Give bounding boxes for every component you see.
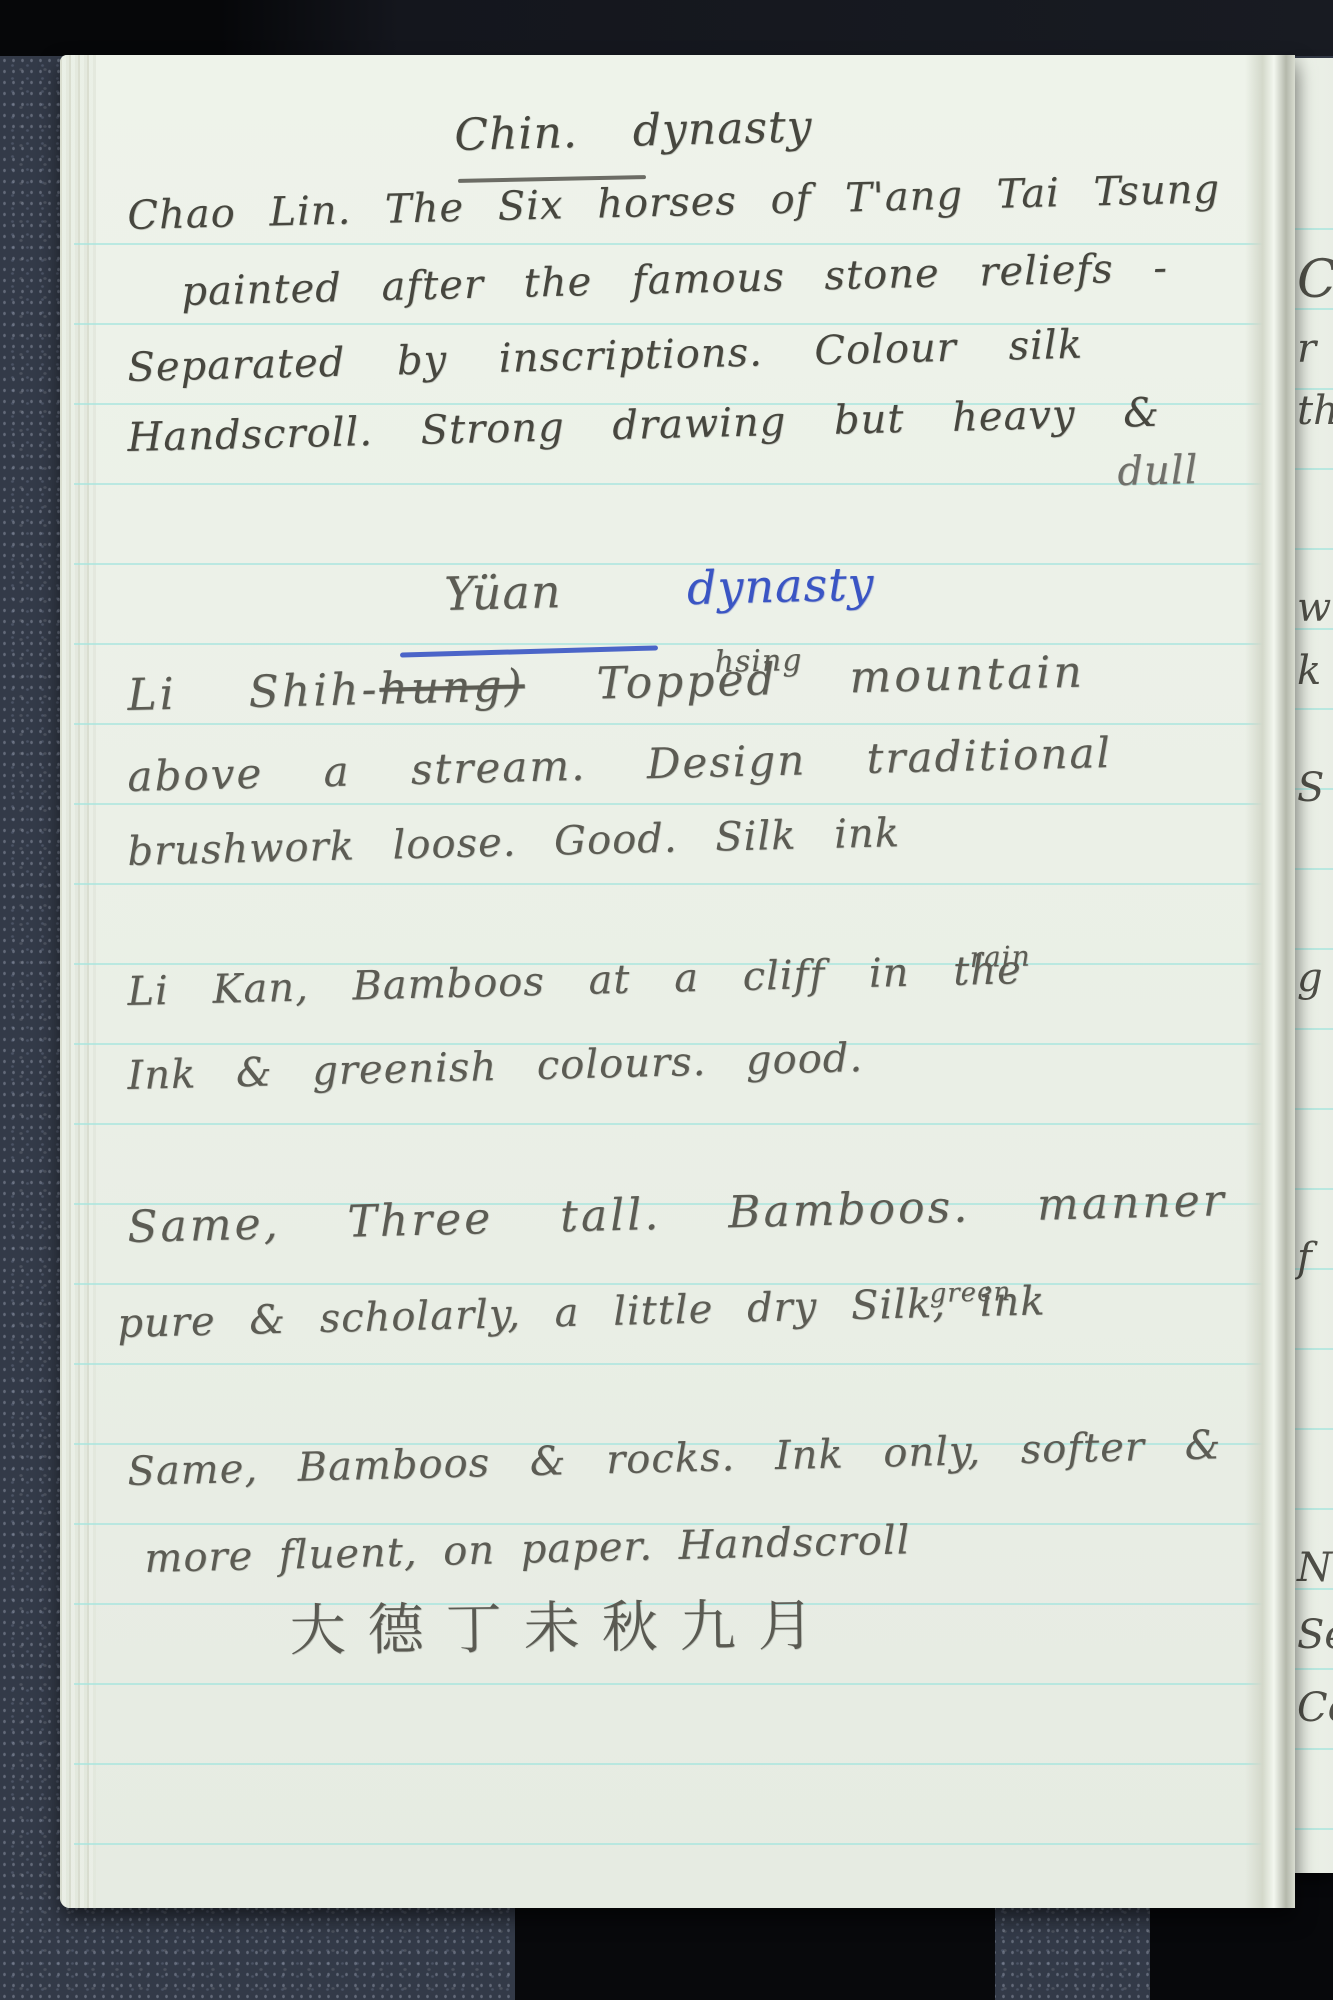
ruled-line bbox=[74, 1123, 1295, 1125]
right-page: C r th w k S g f N Se Co bbox=[1293, 58, 1333, 1873]
ruled-line bbox=[1293, 868, 1333, 870]
li-shih-pre: Li Shih- bbox=[127, 664, 380, 721]
handwritten-line: Ink & greenish colours. good. bbox=[127, 1037, 864, 1097]
ruled-line bbox=[1293, 1748, 1333, 1750]
li-shih-post: Topped mountain bbox=[524, 647, 1085, 712]
backdrop-top-shadow bbox=[0, 0, 1333, 56]
handwritten-line: brushwork loose. Good. Silk ink bbox=[127, 812, 900, 873]
title-underlined-word: Chin. bbox=[454, 107, 579, 161]
ruled-line bbox=[1293, 1508, 1333, 1510]
handwritten-line: Chao Lin. The Six horses of T'ang Tai Ts… bbox=[127, 168, 1221, 237]
ruled-line bbox=[1293, 948, 1333, 950]
ruled-line bbox=[74, 243, 1295, 245]
ruled-line bbox=[1293, 1428, 1333, 1430]
ruled-line bbox=[1293, 548, 1333, 550]
ruled-line bbox=[1293, 1348, 1333, 1350]
ruled-line bbox=[74, 883, 1295, 885]
ruled-line bbox=[1293, 228, 1333, 230]
ruled-line bbox=[74, 1283, 1295, 1285]
ruled-line bbox=[74, 643, 1295, 645]
ruled-line bbox=[74, 1763, 1295, 1765]
yuan-pencil-word: Yüan bbox=[444, 564, 562, 621]
chinese-date-line: 大德丁未秋九月 bbox=[289, 1597, 836, 1662]
left-page: Chin. dynasty Chao Lin. The Six horses o… bbox=[60, 55, 1295, 1908]
ruled-line bbox=[1293, 1028, 1333, 1030]
handwriting-fragment: r bbox=[1297, 326, 1316, 372]
page-stack-edge bbox=[60, 55, 96, 1908]
ruled-line bbox=[1293, 1108, 1333, 1110]
handwritten-line: Handscroll. Strong drawing but heavy & bbox=[127, 392, 1160, 459]
handwriting-fragment: Se bbox=[1297, 1612, 1333, 1658]
ruled-line bbox=[1293, 1828, 1333, 1830]
ruled-line bbox=[74, 323, 1295, 325]
handwritten-line: more fluent, on paper. Handscroll bbox=[144, 1519, 911, 1580]
handwriting-fragment: f bbox=[1297, 1235, 1312, 1281]
page-gutter-edge bbox=[1245, 55, 1295, 1908]
li-shih-struck-word: hung) bbox=[379, 660, 526, 715]
handwritten-line: above a stream. Design traditional bbox=[127, 731, 1112, 799]
handwriting-fragment: w bbox=[1297, 585, 1331, 631]
handwriting-fragment: S bbox=[1297, 765, 1324, 811]
section-title-chin-dynasty: Chin. dynasty bbox=[454, 104, 813, 159]
ruled-line bbox=[1293, 1668, 1333, 1670]
ruled-line bbox=[74, 483, 1295, 485]
handwritten-line: Li Shih-hung) Topped mountain bbox=[127, 650, 1085, 720]
ruled-line bbox=[1293, 468, 1333, 470]
yuan-blue-word: dynasty bbox=[686, 557, 875, 616]
ruled-line bbox=[74, 723, 1295, 725]
ruled-line bbox=[1293, 708, 1333, 710]
handwritten-line: painted after the famous stone reliefs - bbox=[181, 247, 1168, 313]
blue-underline bbox=[400, 645, 658, 657]
handwritten-line: Same, Three tall. Bamboos. manner bbox=[127, 1178, 1227, 1251]
handwriting-fragment: C bbox=[1297, 250, 1333, 310]
handwriting-fragment: k bbox=[1297, 648, 1321, 694]
handwritten-line: Same, Bamboos & rocks. Ink only, softer … bbox=[127, 1424, 1222, 1493]
handwriting-fragment: g bbox=[1297, 955, 1323, 1001]
ruled-line bbox=[74, 1843, 1295, 1845]
handwritten-line: Li Kan, Bamboos at a cliff in the bbox=[127, 949, 1022, 1013]
handwritten-line: pure & scholarly, a little dry Silk, ink bbox=[117, 1280, 1046, 1345]
handwriting-fragment: N bbox=[1297, 1545, 1332, 1591]
handwritten-line: dull bbox=[1117, 449, 1199, 493]
backdrop-bottom-shadow bbox=[515, 1902, 995, 2000]
ruled-line bbox=[1293, 1188, 1333, 1190]
handwriting-fragment: Co bbox=[1297, 1685, 1333, 1731]
handwritten-line: Separated by inscriptions. Colour silk bbox=[127, 324, 1083, 389]
ruled-line bbox=[74, 1683, 1295, 1685]
section-title-yuan-dynasty: Yüan dynasty bbox=[444, 560, 875, 619]
ruled-line bbox=[74, 803, 1295, 805]
handwriting-fragment: th bbox=[1297, 388, 1333, 434]
title-rest: dynasty bbox=[632, 101, 813, 156]
ruled-line bbox=[74, 1363, 1295, 1365]
